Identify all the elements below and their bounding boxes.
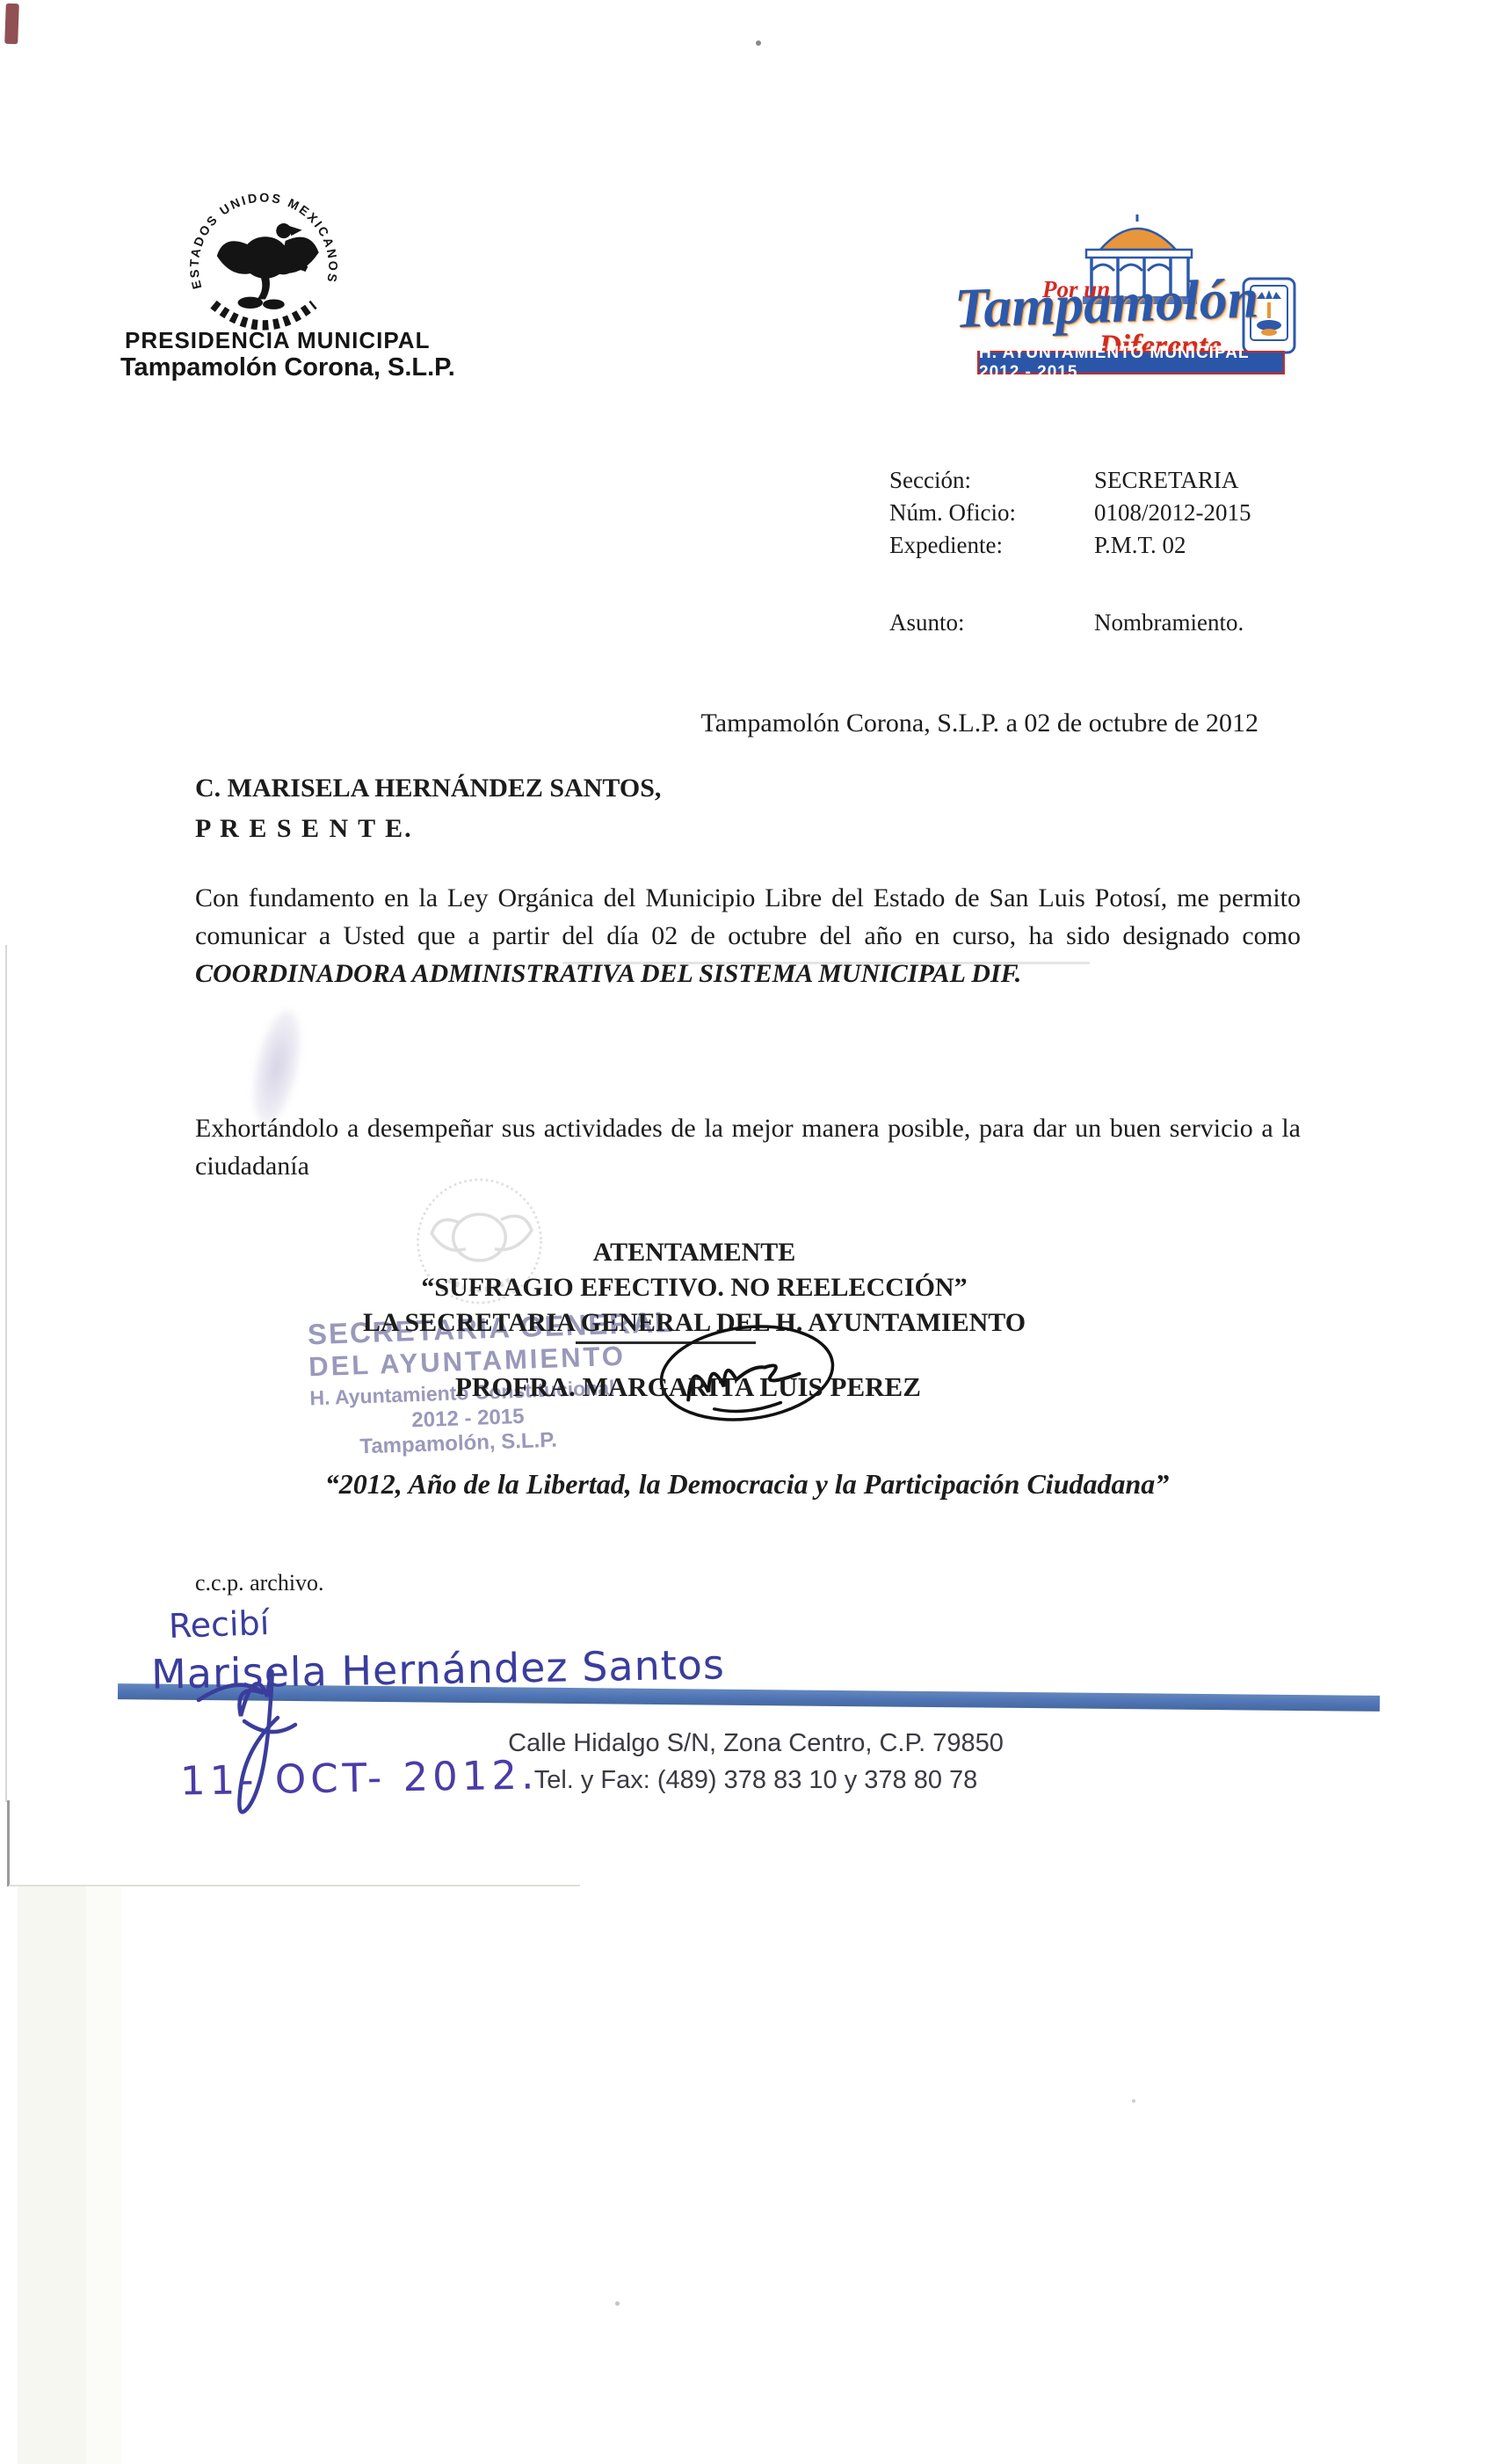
body-paragraph-1: Con fundamento en la Ley Orgánica del Mu… — [195, 879, 1301, 992]
stamp-line: Tampamolón, S.L.P. — [359, 1424, 681, 1460]
meta-value: Nombramiento. — [1094, 609, 1244, 636]
closing-sufragio: “SUFRAGIO EFECTIVO. NO REELECCIÓN” — [255, 1270, 1134, 1305]
scanned-letter-page: ESTADOS UNIDOS MEXICANOS PRESIDENCIA MUN… — [0, 0, 1494, 2464]
meta-label: Sección: — [889, 464, 1094, 497]
recipient-block: C. MARISELA HERNÁNDEZ SANTOS, P R E S E … — [195, 768, 661, 849]
recipient-name: C. MARISELA HERNÁNDEZ SANTOS, — [195, 768, 661, 809]
recipient-present: P R E S E N T E. — [195, 809, 661, 849]
paragraph-text: Con fundamento en la Ley Orgánica del Mu… — [195, 883, 1301, 950]
body-paragraph-2: Exhortándolo a desempeñar sus actividade… — [195, 1109, 1301, 1185]
meta-label: Expediente: — [889, 529, 1094, 562]
meta-row: Núm. Oficio: 0108/2012-2015 — [889, 497, 1251, 529]
scan-speck — [1132, 2099, 1135, 2103]
seal-laurel — [214, 304, 314, 325]
scan-speck — [615, 2301, 620, 2306]
year-motto: “2012, Año de la Libertad, la Democracia… — [176, 1468, 1318, 1501]
municipality-name: Tampamolón Corona, S.L.P. — [120, 353, 455, 382]
scan-shadow-band — [86, 1886, 121, 2464]
handwritten-date: 11- OCT- 2012. — [180, 1751, 539, 1804]
meta-label: Asunto: — [889, 609, 1094, 636]
scan-edge-line — [5, 945, 7, 1802]
meta-row: Sección: SECRETARIA — [889, 464, 1251, 497]
eagle-silhouette — [217, 223, 319, 309]
scan-corner-mark — [4, 4, 19, 44]
designation-title: COORDINADORA ADMINISTRATIVA DEL SISTEMA … — [195, 959, 1021, 988]
meta-value: 0108/2012-2015 — [1094, 497, 1251, 529]
office-title: PRESIDENCIA MUNICIPAL — [125, 327, 430, 354]
meta-value: P.M.T. 02 — [1094, 529, 1186, 562]
scan-speck — [756, 40, 761, 46]
meta-label: Núm. Oficio: — [889, 497, 1094, 529]
meta-row: Expediente: P.M.T. 02 — [889, 529, 1251, 562]
ccp-note: c.c.p. archivo. — [195, 1570, 324, 1596]
logo-banner: H. AYUNTAMIENTO MUNICIPAL 2012 - 2015 — [977, 351, 1285, 374]
closing-atentamente: ATENTAMENTE — [255, 1235, 1134, 1270]
signer-name: PROFRA. MARGARITA LUIS PEREZ — [455, 1371, 921, 1403]
meta-subject: Asunto: Nombramiento. — [889, 609, 1244, 636]
document-meta: Sección: SECRETARIA Núm. Oficio: 0108/20… — [889, 464, 1251, 562]
mexican-national-seal: ESTADOS UNIDOS MEXICANOS — [180, 180, 347, 352]
handwritten-received: Recibí — [168, 1603, 270, 1646]
scan-shadow-band — [18, 1886, 86, 2464]
meta-value: SECRETARIA — [1094, 464, 1238, 497]
scan-edge-line-dark — [7, 1800, 10, 1886]
dateline: Tampamolón Corona, S.L.P. a 02 de octubr… — [701, 709, 1258, 738]
